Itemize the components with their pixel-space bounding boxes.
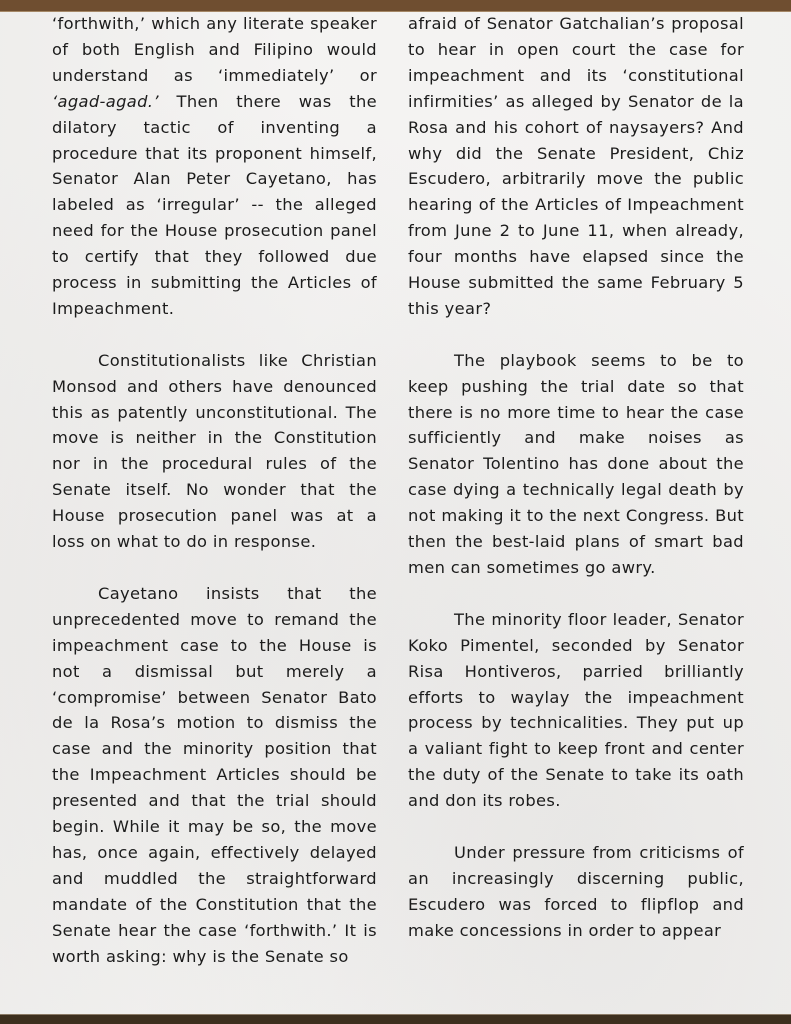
paragraph: afraid of Senator Gatchalian’s proposal … [408, 11, 744, 322]
text-segment: Cayetano insists that the unprecedented … [52, 584, 377, 966]
text-segment: Under pressure from criticisms of an inc… [408, 843, 744, 940]
text-segment: Constitutionalists like Christian Monsod… [52, 351, 377, 551]
paragraph: ‘forthwith,’ which any literate speaker … [52, 11, 377, 322]
paragraph: Cayetano insists that the unprecedented … [52, 581, 377, 970]
paragraph: The minority floor leader, Senator Koko … [408, 607, 744, 814]
italic-text-segment: ‘agad-agad.’ [52, 92, 159, 111]
paragraph: Constitutionalists like Christian Monsod… [52, 348, 377, 555]
paragraph: Under pressure from criticisms of an inc… [408, 840, 744, 944]
bottom-border-bar [0, 1014, 791, 1024]
left-column: ‘forthwith,’ which any literate speaker … [52, 11, 377, 995]
right-column: afraid of Senator Gatchalian’s proposal … [408, 11, 744, 969]
text-segment: ‘forthwith,’ which any literate speaker … [52, 14, 377, 85]
text-segment: The playbook seems to be to keep pushing… [408, 351, 744, 577]
text-segment: Then there was the dilatory tactic of in… [52, 92, 377, 318]
text-segment: The minority floor leader, Senator Koko … [408, 610, 744, 810]
text-segment: afraid of Senator Gatchalian’s proposal … [408, 14, 744, 318]
paragraph: The playbook seems to be to keep pushing… [408, 348, 744, 581]
